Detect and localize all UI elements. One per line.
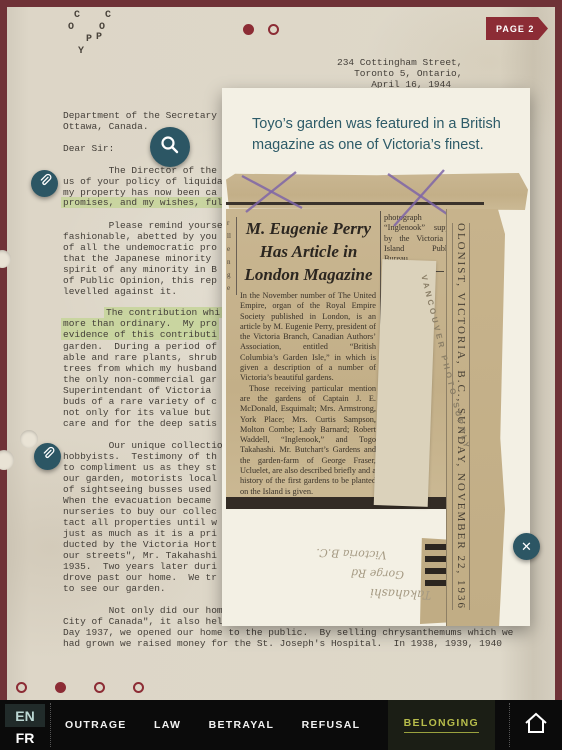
bottom-pagination [16, 682, 144, 693]
home-button[interactable] [510, 700, 562, 750]
tab-label: LAW [154, 719, 181, 731]
top-page-dot-1[interactable] [243, 24, 254, 35]
top-pagination [243, 24, 279, 35]
language-fr-button[interactable]: FR [5, 727, 45, 749]
bottom-page-dot-2[interactable] [55, 682, 66, 693]
clipping-overlay-card: Toyo’s garden was featured in a British … [222, 88, 530, 626]
headline-line-1: M. Eugenie Perry [237, 217, 380, 240]
tab-belonging[interactable]: BELONGING [388, 700, 495, 750]
tab-label: BETRAYAL [209, 719, 275, 731]
letter-address: 234 Cottingham Street, Toronto 5, Ontari… [337, 57, 462, 90]
hole-punch [0, 450, 14, 470]
tab-label: BELONGING [404, 717, 479, 733]
magnifier-icon [159, 134, 181, 161]
paperclip-icon [40, 446, 56, 467]
tab-outrage[interactable]: OUTRAGE [65, 700, 127, 750]
hole-punch [0, 250, 11, 268]
close-button[interactable]: ✕ [513, 533, 540, 560]
headline-line-2: Has Article in [237, 240, 380, 263]
bottom-page-dot-1[interactable] [16, 682, 27, 693]
clipping-left-column: M. Eugenie Perry Has Article in London M… [237, 211, 381, 495]
highlighted-line-promises: promises, and my wishes, ful [61, 197, 225, 208]
attachment-button-1[interactable] [31, 170, 58, 197]
letter-body-top: Department of the Secretary Ottawa, Cana… [63, 110, 228, 198]
address-line-2: Toronto 5, Ontario, [354, 68, 462, 79]
close-icon: ✕ [521, 540, 532, 553]
clipping-dark-band [226, 497, 464, 509]
clipping-headline: M. Eugenie Perry Has Article in London M… [237, 211, 380, 286]
tab-law[interactable]: LAW [154, 700, 181, 750]
zoom-button[interactable] [150, 127, 190, 167]
tab-label: OUTRAGE [65, 719, 127, 731]
language-en-button[interactable]: EN [5, 704, 45, 727]
paperclip-icon [37, 173, 53, 194]
tab-betrayal[interactable]: BETRAYAL [209, 700, 275, 750]
section-tabs: OUTRAGE LAW BETRAYAL REFUSAL BELONGING [51, 700, 509, 750]
app-frame: C C O O P P Y PAGE 2 234 Cottingham Stre… [0, 0, 562, 750]
top-page-dot-2[interactable] [268, 24, 279, 35]
bottom-nav-bar: EN FR OUTRAGE LAW BETRAYAL REFUSAL BELON… [0, 700, 562, 750]
pencil-x-mark [380, 164, 456, 230]
highlighted-line-contribution-3: evidence of this contributi [61, 329, 219, 340]
tab-label: REFUSAL [302, 719, 361, 731]
copy-stamp-letter: P [86, 34, 92, 45]
pencil-handwriting: Takahashi Gorge Rd Victoria B.C. [256, 541, 433, 604]
language-toggle: EN FR [0, 700, 50, 750]
page-badge[interactable]: PAGE 2 [486, 17, 548, 40]
copy-stamp-letter: C [105, 10, 111, 21]
headline-line-3: London Magazine [237, 263, 380, 286]
highlighted-line-contribution-1: The contribution whi [104, 307, 222, 318]
attachment-button-2[interactable] [34, 443, 61, 470]
copy-stamp-letter: C [74, 10, 80, 21]
pencil-x-mark [236, 168, 308, 214]
copy-stamp-letter: P [96, 32, 102, 43]
clipping-paragraph-2: Those receiving particular mention are t… [237, 384, 380, 497]
copy-stamp-letter: Y [78, 46, 84, 57]
clipping-caption: Toyo’s garden was featured in a British … [252, 114, 508, 156]
bottom-page-dot-4[interactable] [133, 682, 144, 693]
bottom-page-dot-3[interactable] [94, 682, 105, 693]
hole-punch [20, 430, 38, 448]
highlighted-line-contribution-2: more than ordinary. My pro [61, 318, 219, 329]
home-icon [522, 710, 550, 741]
letter-body-middle: Please remind yoursel fashionable, abett… [63, 209, 228, 297]
tab-refusal[interactable]: REFUSAL [302, 700, 361, 750]
copy-stamp-letter: O [68, 22, 74, 33]
clipping-paragraph-1: In the November number of The United Emp… [237, 286, 380, 384]
clipping-edge-letters: r ll e n g e [227, 217, 237, 295]
address-line-1: 234 Cottingham Street, [337, 57, 462, 68]
